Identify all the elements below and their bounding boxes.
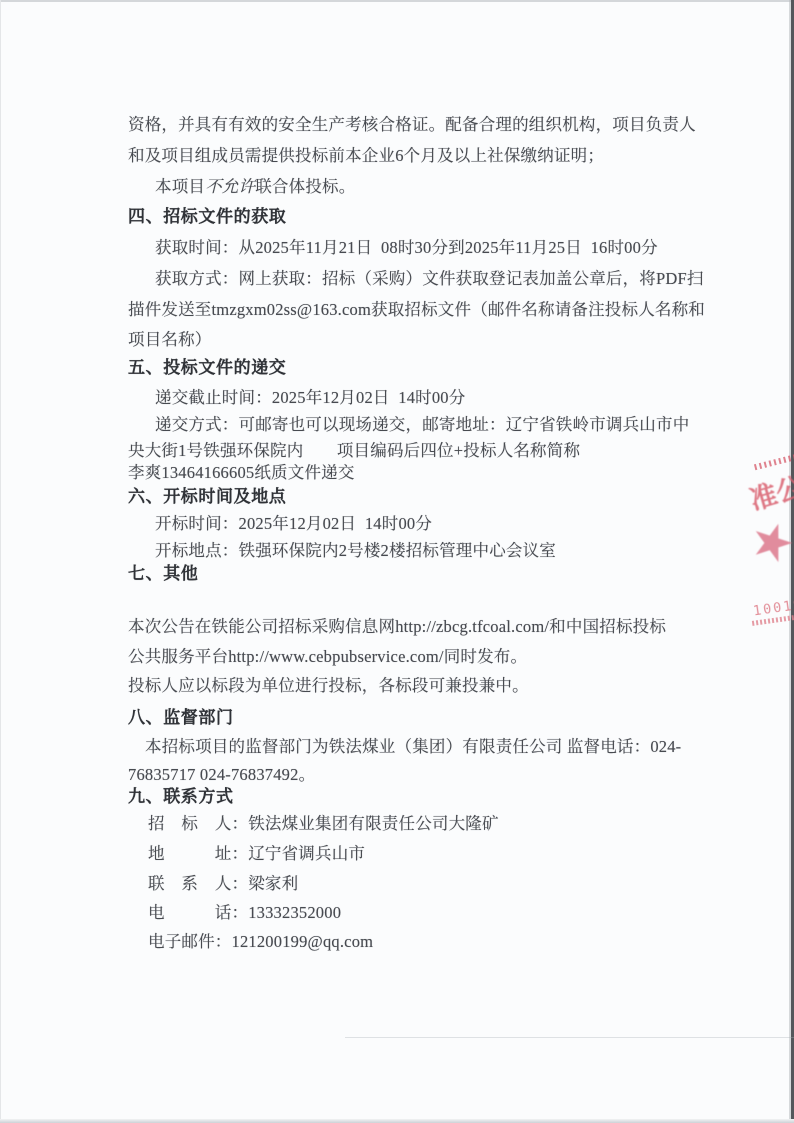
- scan-edge-bottom: [0, 1119, 794, 1123]
- scan-edge-top: [0, 0, 794, 2]
- section-heading: 六、开标时间及地点: [128, 487, 286, 507]
- text-line: 和及项目组成员需提供投标前本企业6个月及以上社保缴纳证明；: [128, 146, 604, 166]
- text-line: 描件发送至tmzgxm02ss@163.com获取招标文件（邮件名称请备注投标人…: [128, 300, 705, 320]
- section-heading: 四、招标文件的获取: [128, 207, 286, 227]
- text-line: 开标地点：铁强环保院内2号楼2楼招标管理中心会议室: [155, 541, 556, 561]
- text-line: 电子邮件：121200199@qq.com: [148, 932, 373, 952]
- scan-edge-left: [0, 0, 1, 1123]
- text-line: 央大街1号铁强环保院内 项目编码后四位+投标人名称简称: [128, 441, 580, 461]
- text-line: 招 标 人：铁法煤业集团有限责任公司大隆矿: [148, 814, 499, 834]
- scanned-document-page: 资格，并具有有效的安全生产考核合格证。配备合理的组织机构，项目负责人和及项目组成…: [0, 0, 794, 1123]
- text-line: 76835717 024-76837492。: [128, 765, 315, 785]
- section-heading: 九、联系方式: [128, 787, 234, 807]
- text-line: 开标时间：2025年12月02日 14时00分: [155, 514, 432, 534]
- text-line: 本招标项目的监督部门为铁法煤业（集团）有限责任公司 监督电话：024-: [145, 737, 681, 757]
- text-line: 递交截止时间：2025年12月02日 14时00分: [155, 388, 465, 408]
- scan-artifact-line: [345, 1037, 794, 1038]
- section-heading: 七、其他: [128, 564, 198, 584]
- section-heading: 八、监督部门: [128, 708, 234, 728]
- text-line: 获取方式：网上获取：招标（采购）文件获取登记表加盖公章后，将PDF扫: [155, 269, 704, 289]
- text-line: 项目名称）: [128, 330, 212, 350]
- text-line: 地 址：辽宁省调兵山市: [148, 844, 365, 864]
- text-segment: 本项目: [155, 177, 205, 196]
- seal-star-icon: ★: [742, 507, 794, 576]
- text-line: 李爽13464166605纸质文件递交: [128, 463, 355, 483]
- text-line: 本次公告在铁能公司招标采购信息网http://zbcg.tfcoal.com/和…: [128, 617, 666, 637]
- emphasized-text: 不允许: [205, 177, 255, 196]
- text-line: 本项目不允许联合体投标。: [155, 177, 355, 197]
- text-line: 公共服务平台http://www.cebpubservice.com/同时发布。: [128, 647, 527, 667]
- section-heading: 五、投标文件的递交: [128, 358, 286, 378]
- text-line: 联 系 人：梁家利: [148, 874, 298, 894]
- text-line: 获取时间：从2025年11月21日 08时30分到2025年11月25日 16时…: [155, 238, 658, 258]
- text-line: 资格，并具有有效的安全生产考核合格证。配备合理的组织机构，项目负责人: [128, 115, 696, 135]
- text-line: 递交方式：可邮寄也可以现场递交，邮寄地址：辽宁省铁岭市调兵山市中: [155, 415, 689, 435]
- text-line: 电 话：13332352000: [148, 903, 341, 923]
- text-segment: 联合体投标。: [255, 177, 355, 196]
- text-line: 投标人应以标段为单位进行投标，各标段可兼投兼中。: [128, 676, 529, 696]
